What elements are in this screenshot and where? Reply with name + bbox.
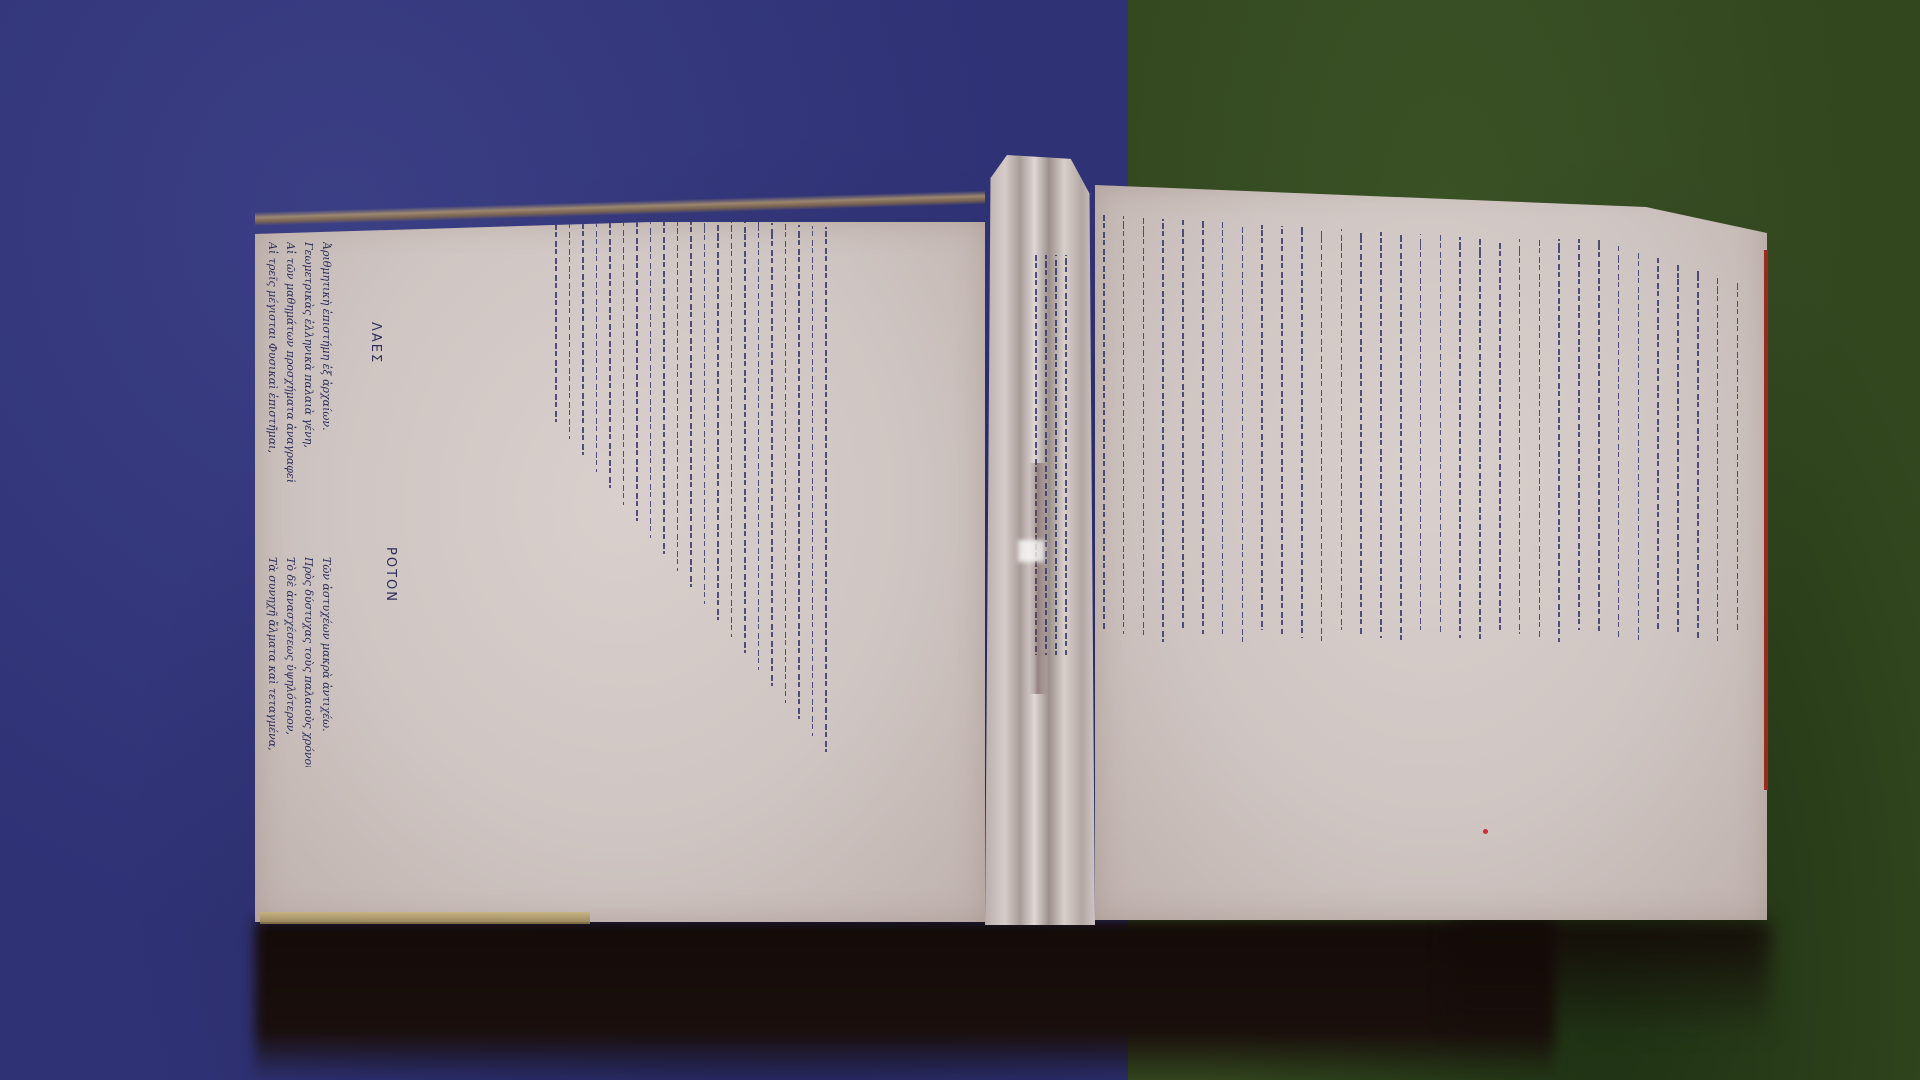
text-line	[785, 224, 787, 703]
text-line	[1222, 222, 1224, 638]
text-line	[1360, 231, 1362, 634]
text-line	[1440, 235, 1442, 634]
text-line	[1657, 257, 1659, 630]
text-line	[704, 222, 706, 604]
book-spine-fold	[985, 155, 1095, 925]
gilt-bottom-edge	[260, 912, 590, 924]
text-line	[1055, 255, 1057, 655]
text-line	[650, 222, 652, 538]
text-line	[1380, 232, 1382, 638]
text-line	[677, 222, 679, 571]
text-line	[1558, 239, 1560, 642]
text-line	[663, 222, 665, 554]
text-line	[1519, 239, 1521, 634]
text-line	[1103, 215, 1105, 630]
text-line	[1459, 237, 1461, 638]
text-line	[1737, 281, 1739, 630]
book-shadow	[255, 920, 1555, 1080]
book-shadow-right	[1450, 920, 1770, 1040]
text-line	[596, 222, 598, 472]
text-line	[1578, 239, 1580, 630]
left-prose-text	[255, 222, 985, 922]
text-line	[758, 222, 760, 670]
text-line	[771, 223, 773, 686]
text-line	[1301, 227, 1303, 638]
text-line	[1182, 220, 1184, 630]
text-line	[1717, 275, 1719, 642]
text-line	[812, 226, 814, 736]
text-line	[623, 222, 625, 505]
text-line	[555, 222, 557, 422]
text-line	[1539, 239, 1541, 638]
text-line	[731, 222, 733, 637]
text-line	[1123, 216, 1125, 634]
text-line	[717, 222, 719, 620]
text-line	[1697, 269, 1699, 638]
red-page-edge	[1764, 250, 1768, 790]
text-line	[1420, 234, 1422, 630]
text-line	[1479, 238, 1481, 642]
right-page	[1095, 185, 1767, 920]
text-line	[1400, 233, 1402, 642]
left-page: ΛΑΕΣ ΡΟΤΟΝ Ἀριθμητικὴ ἐπιστήμη ἐξ ἀρχαίω…	[255, 222, 985, 922]
text-line	[1321, 228, 1323, 642]
text-line	[1202, 221, 1204, 634]
text-line	[1261, 225, 1263, 630]
text-line	[690, 222, 692, 587]
spine-crease	[1029, 463, 1047, 694]
text-line	[1162, 219, 1164, 642]
text-line	[1677, 263, 1679, 634]
text-line	[582, 222, 584, 455]
text-line	[1065, 255, 1067, 655]
text-line	[798, 225, 800, 719]
text-line	[1143, 217, 1145, 638]
text-line	[636, 222, 638, 521]
text-line	[1598, 239, 1600, 634]
text-line	[609, 222, 611, 488]
text-line	[569, 222, 571, 439]
spine-highlight	[1018, 540, 1044, 562]
red-ink-spot	[1483, 829, 1488, 834]
text-line	[1242, 223, 1244, 642]
text-line	[825, 227, 827, 752]
text-line	[744, 222, 746, 653]
text-line	[1618, 245, 1620, 638]
text-line	[1281, 226, 1283, 634]
text-line	[1499, 239, 1501, 630]
right-prose-text	[1095, 185, 1767, 920]
text-line	[1341, 229, 1343, 630]
text-line	[1638, 251, 1640, 642]
